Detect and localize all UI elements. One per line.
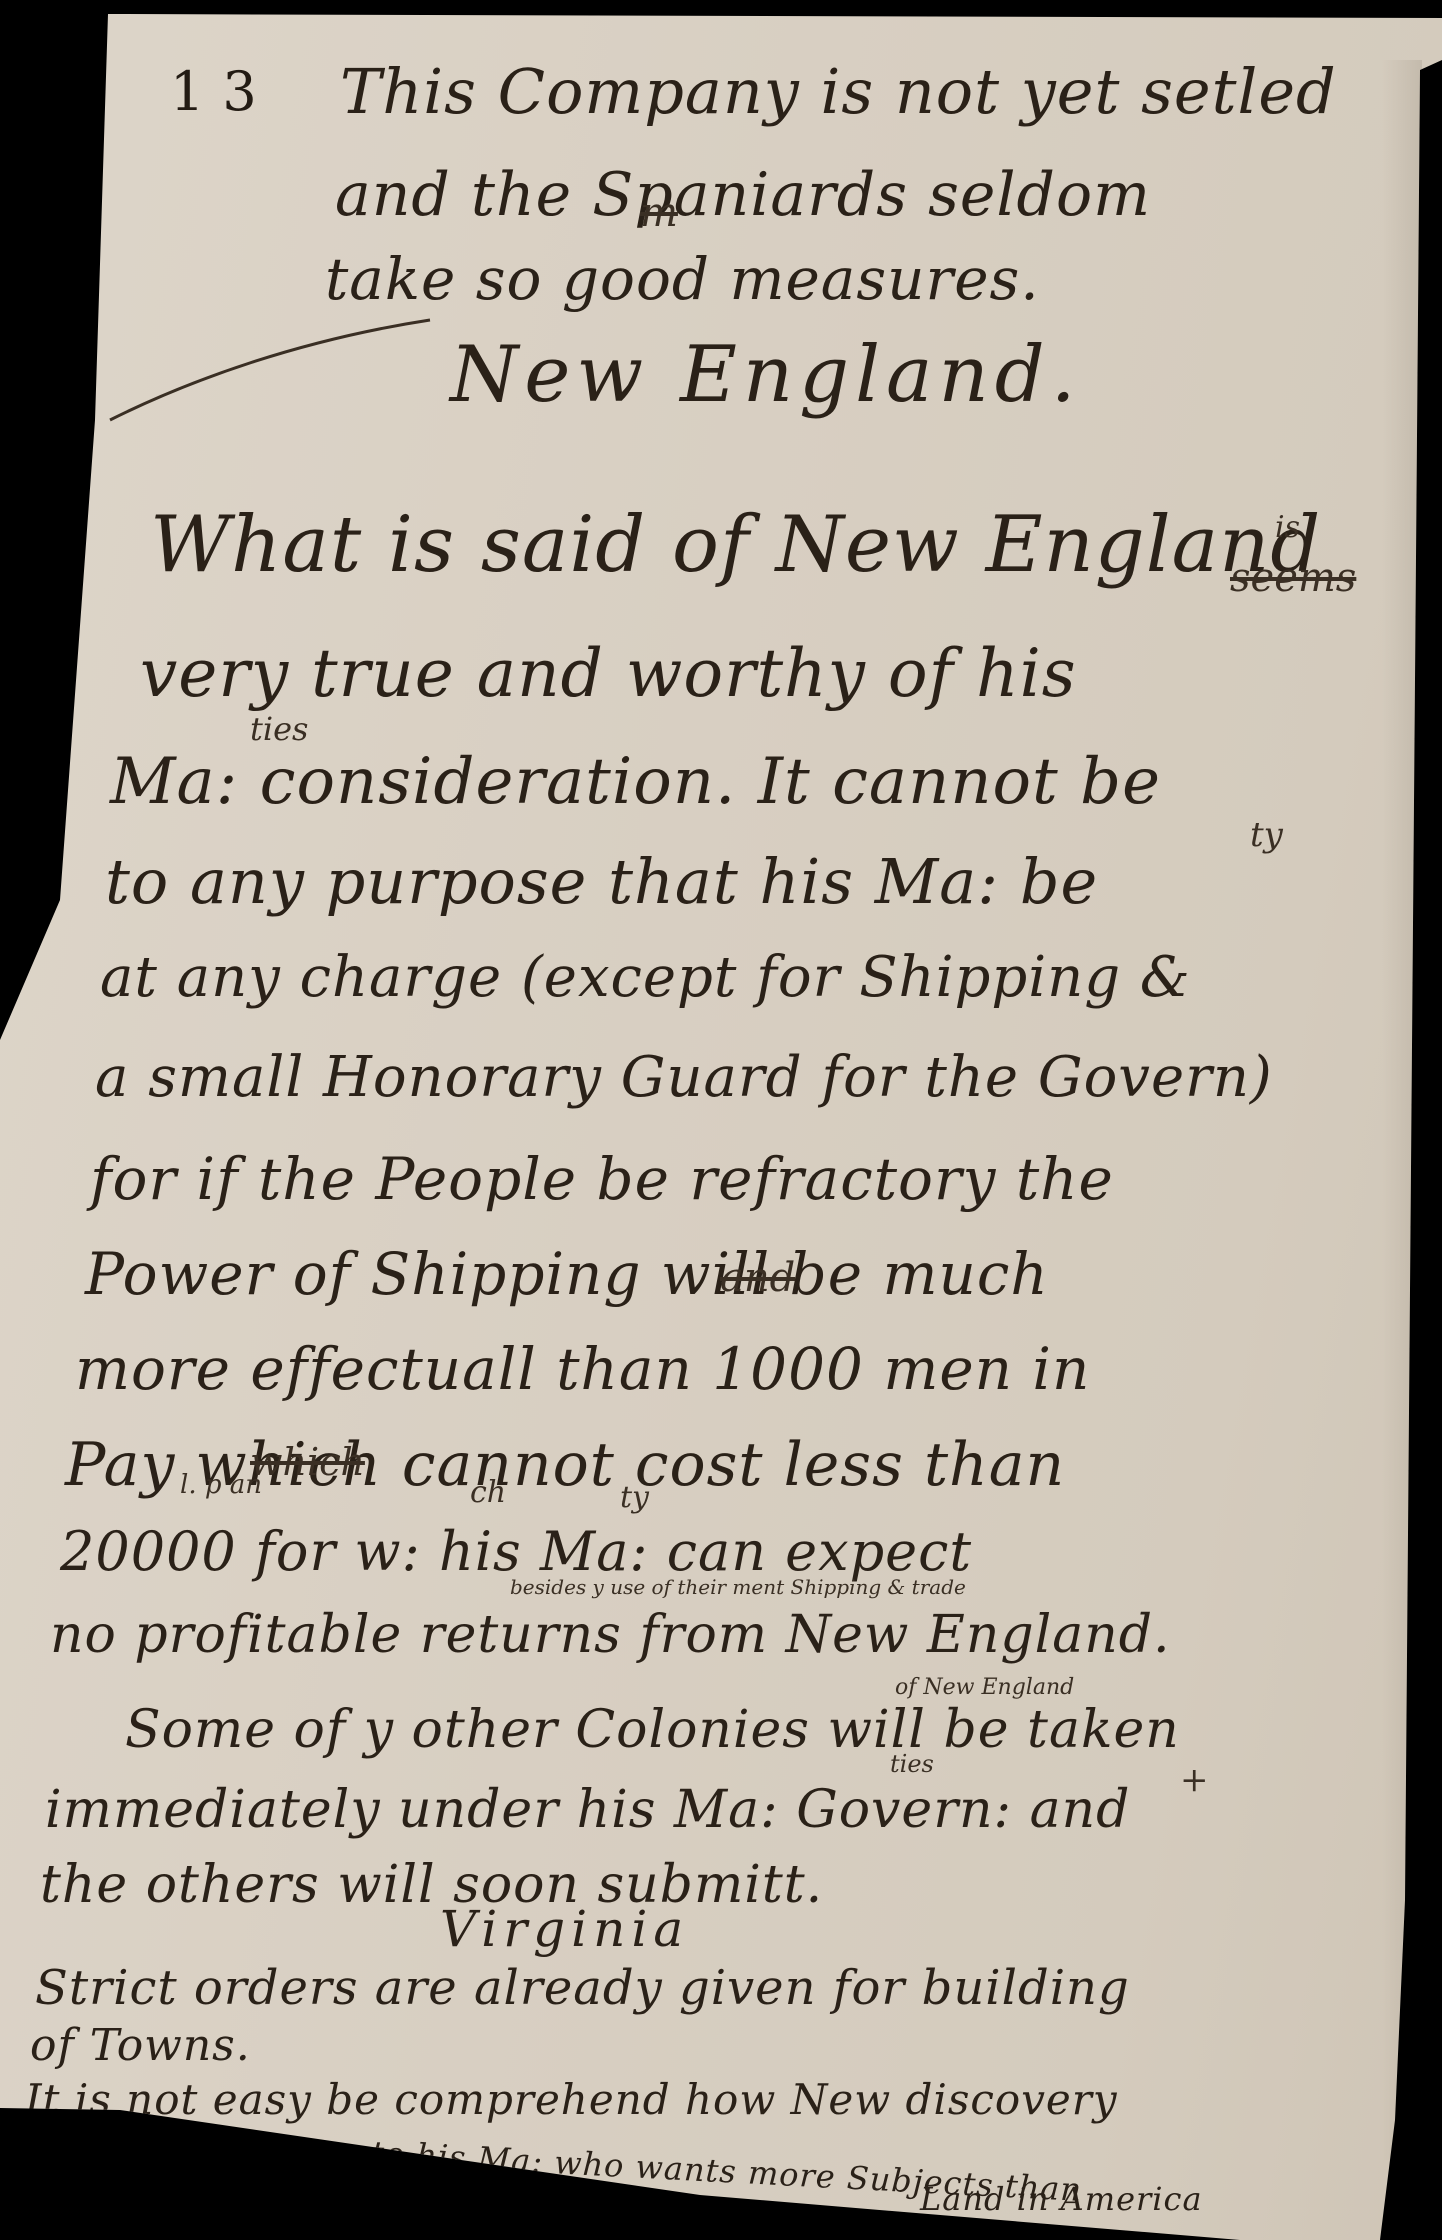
manuscript-line: Some of y other Colonies will be taken: [125, 1700, 1180, 1760]
manuscript-line: Strict orders are already given for buil…: [35, 1960, 1130, 2016]
manuscript-line: for if the People be refractory the: [90, 1145, 1114, 1213]
interlinear-insertion: ties: [890, 1750, 934, 1778]
manuscript-line: the others will soon submitt.: [40, 1855, 823, 1915]
manuscript-line: very true and worthy of his: [140, 635, 1077, 712]
interlinear-insertion: ch: [470, 1475, 506, 1510]
section-heading-new-england: New England.: [450, 330, 1081, 420]
heading-flourish: [100, 300, 440, 430]
manuscript-line: more effectuall than 1000 men in: [75, 1335, 1090, 1403]
manuscript-line: immediately under his Ma: Govern: and: [45, 1780, 1130, 1840]
manuscript-line: Land in America: [920, 2180, 1203, 2218]
interlinear-insertion: +: [1180, 1760, 1209, 1800]
deletion: which: [250, 1440, 365, 1484]
interlinear-insertion: is: [1275, 510, 1300, 545]
deletion: m: [640, 190, 678, 236]
interlinear-insertion: ty: [620, 1480, 649, 1515]
folio-number: 13: [170, 60, 275, 123]
interlinear-insertion: besides y use of their ment Shipping & t…: [510, 1575, 966, 1599]
manuscript-line: This Company is not yet setled: [340, 55, 1337, 128]
page-edge-shadow: [1382, 60, 1422, 2160]
manuscript-line: What is said of New England: [150, 500, 1321, 590]
deletion: seems: [1230, 555, 1356, 601]
manuscript-line: take so good measures.: [325, 245, 1040, 313]
interlinear-insertion: ty: [1250, 815, 1283, 855]
manuscript-line: no profitable returns from New England.: [50, 1605, 1171, 1665]
manuscript-line: at any charge (except for Shipping &: [100, 945, 1191, 1010]
manuscript-line: Power of Shipping will be much: [85, 1240, 1049, 1308]
deletion: and: [720, 1255, 795, 1301]
manuscript-line: of Towns.: [30, 2020, 251, 2071]
manuscript-line: to any purpose that his Ma: be: [105, 845, 1098, 918]
manuscript-line: It is not easy be comprehend how New dis…: [25, 2075, 1118, 2124]
manuscript-line: Ma: consideration. It cannot be: [110, 745, 1161, 819]
section-heading-virginia: Virginia: [440, 1900, 689, 1958]
manuscript-line: a small Honorary Guard for the Govern): [95, 1045, 1273, 1110]
manuscript-line: and the Spaniards seldom: [335, 160, 1151, 230]
manuscript-page: 13 This Company is not yet setled and th…: [0, 0, 1442, 2240]
manuscript-line: 20000 for w: his Ma: can expect: [60, 1520, 972, 1583]
interlinear-insertion: of New England: [895, 1675, 1074, 1700]
interlinear-insertion: l. p an: [180, 1470, 262, 1500]
interlinear-insertion: ties: [250, 710, 308, 748]
